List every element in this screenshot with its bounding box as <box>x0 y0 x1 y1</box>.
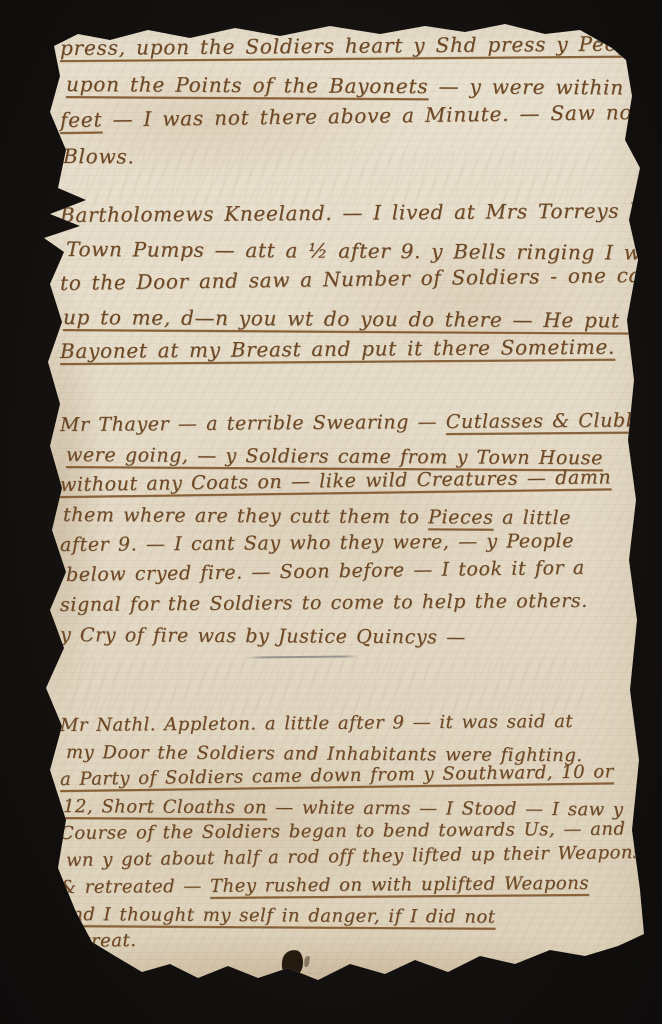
manuscript-line: y Cry of fire was by Justice Quincys — <box>60 620 625 653</box>
paragraph-thayer: Mr Thayer — a terrible Swearing — Cutlas… <box>60 410 625 650</box>
handwritten-text: — I was not there above a Minute. — Saw … <box>102 100 632 131</box>
paragraph-testimony-continuation: press, upon the Soldiers heart y Shd pre… <box>60 30 625 174</box>
underlined-text: up to me, d—n you wt do you do there — H… <box>63 305 662 333</box>
handwritten-text: Mr Thayer — a terrible Swearing — <box>60 411 446 436</box>
handwritten-text: after 9. — I cant Say who they were, — y… <box>60 530 574 556</box>
underlined-text: a Party of Soldiers came down from y Sou… <box>60 761 614 790</box>
handwritten-text: y Cry of fire was by Justice Quincys — <box>60 624 466 648</box>
underlined-text: Pieces <box>428 506 493 528</box>
manuscript-text: press, upon the Soldiers heart y Shd pre… <box>60 30 625 955</box>
underlined-text: Bayonet at my Breast and put it there So… <box>60 335 615 363</box>
manuscript-line: & retreated — They rushed on with uplift… <box>60 870 625 901</box>
paragraph-nathaniel-appleton: Mr Nathl. Appleton. a little after 9 — i… <box>60 712 625 955</box>
pencil-annotation: 13 <box>183 21 202 39</box>
handwritten-text: retreat. <box>63 930 137 952</box>
manuscript-page: 10 13 press, upon the Soldiers heart y S… <box>0 0 662 1024</box>
underlined-text: 12, Short Cloaths on <box>63 796 267 818</box>
manuscript-line: signal for the Soldiers to come to help … <box>60 586 625 620</box>
manuscript-line: Blows. <box>63 138 625 177</box>
underlined-text: Cutlasses & Clubbs <box>446 409 649 433</box>
underlined-text: feet <box>60 107 103 132</box>
underlined-text: upon the Points of the Bayonets <box>66 72 429 98</box>
manuscript-line: below cryed fire. — Soon before — I took… <box>66 552 625 590</box>
manuscript-line: Mr Thayer — a terrible Swearing — Cutlas… <box>60 406 625 440</box>
underlined-text: They rushed on with uplifted Weapons <box>210 873 589 897</box>
underlined-text: without any Coats on — like wild Creatur… <box>60 466 612 496</box>
photograph-background: 10 13 press, upon the Soldiers heart y S… <box>0 0 662 1024</box>
handwritten-text: signal for the Soldiers to come to help … <box>60 590 588 616</box>
handwritten-text: Blows. <box>63 144 135 168</box>
manuscript-line: press, upon the Soldiers heart y Shd pre… <box>60 26 625 66</box>
manuscript-line: Bartholomews Kneeland. — I lived at Mrs … <box>60 194 625 232</box>
manuscript-line: to the Door and saw a Number of Soldiers… <box>60 258 625 300</box>
handwritten-text: them where are they cutt them to <box>63 504 428 528</box>
handwritten-text: Mr Nathl. Appleton. a little after 9 — i… <box>60 711 573 736</box>
handwritten-text: & retreated — <box>60 876 210 898</box>
paragraph-bartholomew-kneeland: Bartholomews Kneeland. — I lived at Mrs … <box>60 198 625 368</box>
manuscript-line: Bayonet at my Breast and put it there So… <box>60 330 625 368</box>
handwritten-text: Bartholomews Kneeland. — I lived at Mrs … <box>60 198 662 227</box>
handwritten-text: to the Door and saw a Number of Soldiers… <box>60 262 662 295</box>
underlined-text: press, upon the Soldiers heart y Shd pre… <box>60 31 651 60</box>
handwritten-text: wn y got about half a rod off they lifte… <box>66 842 643 871</box>
handwritten-text: below cryed fire. — Soon before — I took… <box>66 557 585 586</box>
manuscript-line: feet — I was not there above a Minute. —… <box>60 94 625 138</box>
manuscript-line: Mr Nathl. Appleton. a little after 9 — i… <box>60 708 625 739</box>
